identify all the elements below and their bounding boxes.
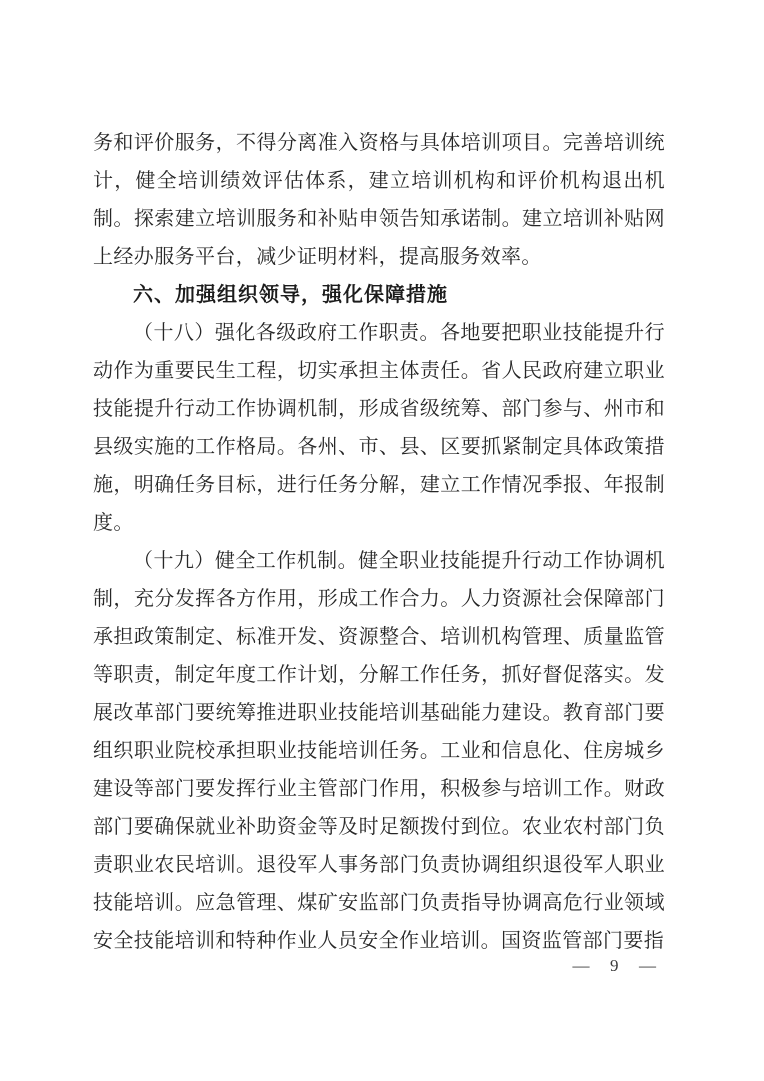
paragraph-item-19: （十九）健全工作机制。健全职业技能提升行动工作协调机制，充分发挥各方作用，形成工… xyxy=(93,542,665,960)
paragraph-continuation: 务和评价服务，不得分离准入资格与具体培训项目。完善培训统计，健全培训绩效评估体系… xyxy=(93,124,665,276)
paragraph-item-18: （十八）强化各级政府工作职责。各地要把职业技能提升行动作为重要民生工程，切实承担… xyxy=(93,314,665,542)
document-page: 务和评价服务，不得分离准入资格与具体培训项目。完善培训统计，健全培训绩效评估体系… xyxy=(0,0,764,1081)
document-body: 务和评价服务，不得分离准入资格与具体培训项目。完善培训统计，健全培训绩效评估体系… xyxy=(93,124,665,960)
section-heading: 六、加强组织领导，强化保障措施 xyxy=(93,276,665,314)
page-number: — 9 — xyxy=(573,956,661,976)
